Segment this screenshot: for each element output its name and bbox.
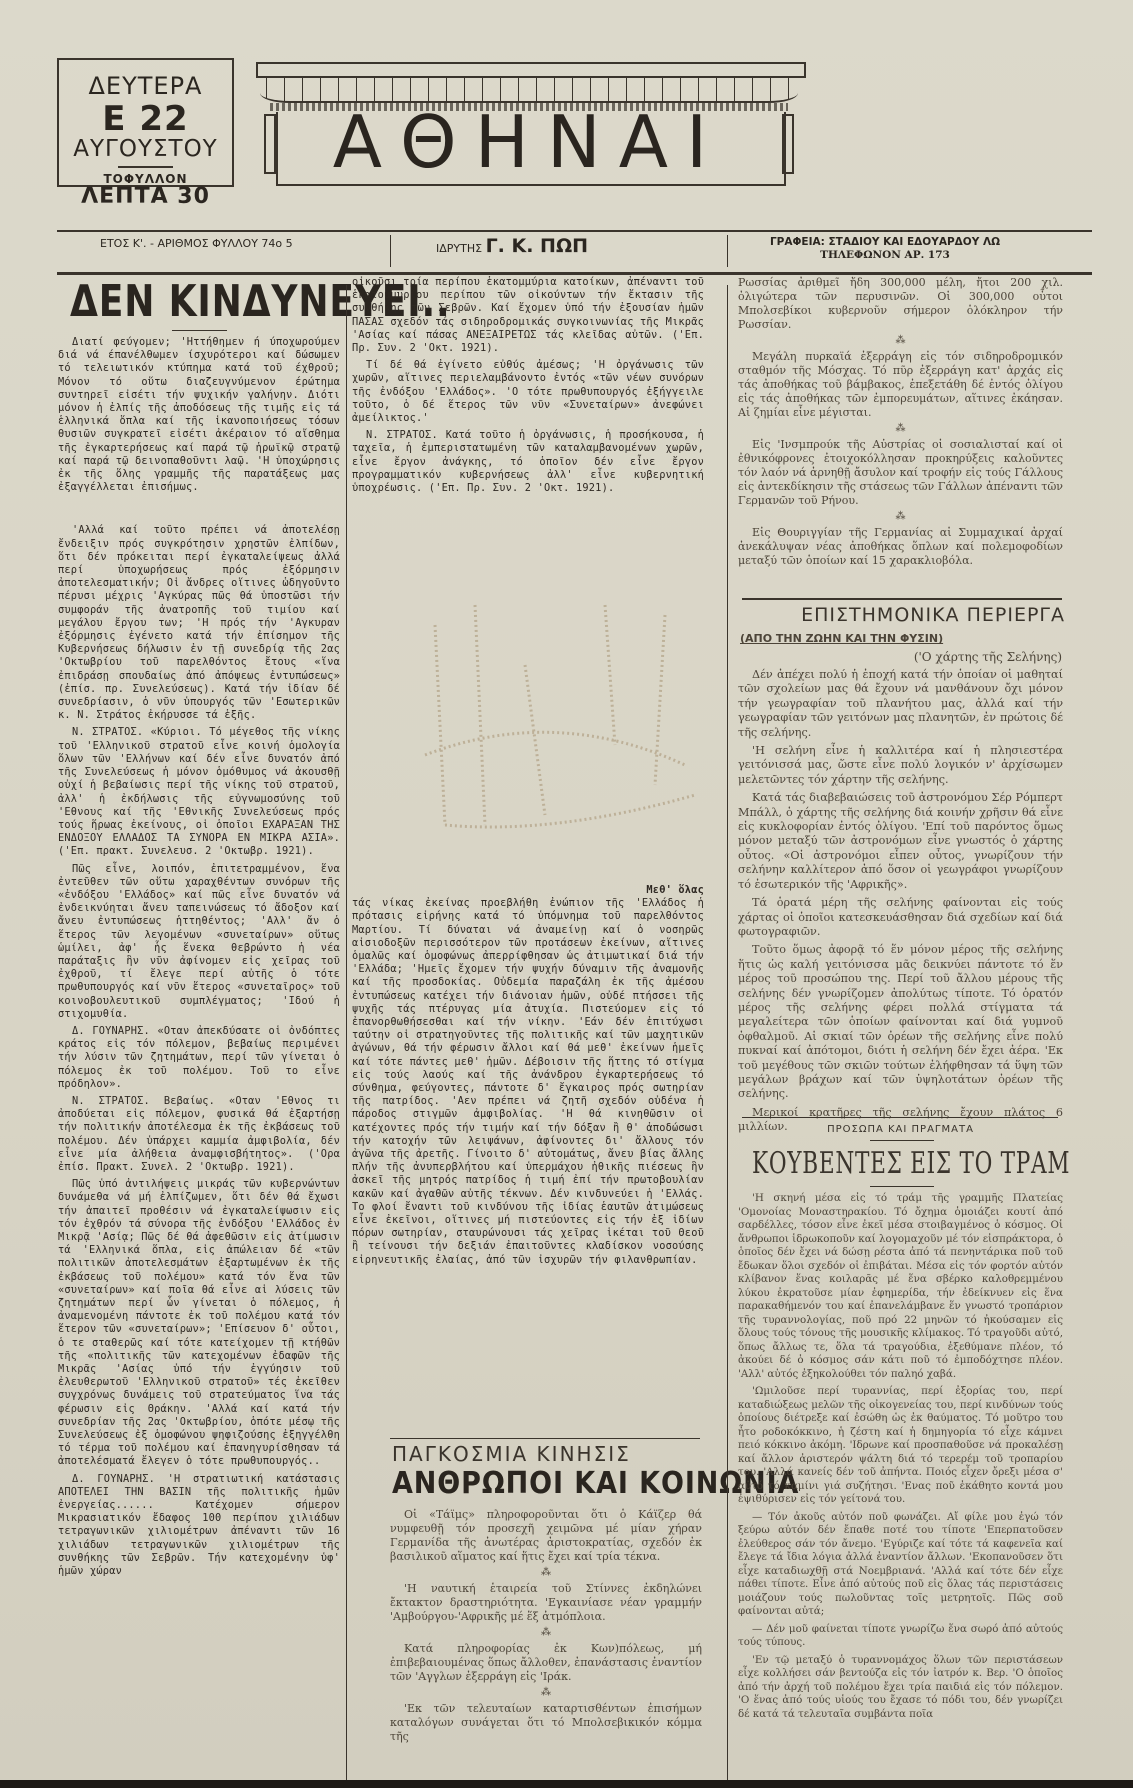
paragraph: Πῶς εἶνε, λοιπόν, ἐπιτετραμμένον, ἕνα ἐν…: [58, 863, 340, 1021]
paragraph: 'Εν τῷ μεταξύ ὁ τυραννομάχος ὅλων τῶν πε…: [738, 1654, 1063, 1722]
asterism-icon: ⁂: [390, 1628, 702, 1638]
science-subtitle: (ΑΠΟ ΤΗΝ ΖΩΗΝ ΚΑΙ ΤΗΝ ΦΥΣΙΝ): [740, 632, 943, 645]
weekday: ΔΕΥΤΕΡΑ: [59, 72, 232, 100]
asterism-icon: ⁂: [738, 424, 1063, 434]
news-item: Οἱ «Τάϊμς» πληροφοροῦνται ὅτι ὁ Κάϊζερ θ…: [390, 1508, 702, 1564]
asterism-icon: ⁂: [390, 1568, 702, 1578]
masthead-rule-bottom: [57, 272, 1092, 275]
column-rule: [346, 285, 347, 1785]
continuation-lead: Μεθ' ὅλας: [352, 884, 704, 897]
tram-article: 'Η σκηνή μέσα εἰς τό τράμ τῆς γραμμῆς Πλ…: [738, 1192, 1063, 1725]
news-item: Μεγάλη πυρκαϊά ἐξερράγη εἰς τόν σιδηροδρ…: [738, 350, 1063, 420]
section-divider: [390, 1438, 700, 1439]
paragraph: Διατί φεύγομεν; 'Ηττήθημεν ή ύποχωρούμεν…: [58, 336, 340, 494]
column-rule: [727, 285, 728, 1785]
paragraph: Ν. ΣΤΡΑΤΟΣ. «Κύριοι. Τό μέγεθος τῆς νίκη…: [58, 726, 340, 858]
asterism-icon: ⁂: [390, 1688, 702, 1698]
lead-article-column-2-continued: Μεθ' ὅλας τάς νίκας ἐκείνας προεβλήθη ἐν…: [352, 884, 704, 1271]
tram-kicker: ΠΡΟΣΩΠΑ ΚΑΙ ΠΡΑΓΜΑΤΑ: [738, 1124, 1063, 1135]
masthead-separator: [390, 235, 391, 267]
founder-name: Γ. Κ. ΠΩΠ: [486, 235, 588, 257]
paragraph: Δ. ΓΟΥΝΑΡΗΣ. «Οταν ἀπεκδύσατε οἱ ὀνδόπτε…: [58, 1025, 340, 1091]
title-rule: [870, 1186, 934, 1187]
temple-cornice-icon: [256, 62, 806, 78]
divider: [118, 166, 173, 168]
news-item: 'Η ναυτική ἑταιρεία τοῦ Στίννες ἐκδηλώνε…: [390, 1582, 702, 1624]
founder: ΙΔΡΥΤΗΣ Γ. Κ. ΠΩΠ: [436, 235, 588, 257]
month: ΑΥΓΟΥΣΤΟΥ: [59, 136, 232, 162]
section-divider: [742, 1117, 1058, 1118]
date-price-box: ΔΕΥΤΕΡΑ Ε 22 ΑΥΓΟΥΣΤΟΥ ΤΟΦΥΛΛΟΝ ΛΕΠΤΑ 30: [57, 58, 234, 187]
news-item: Ρωσσίας ἀριθμεῖ ἤδη 300,000 μέλη, ἤτοι 2…: [738, 276, 1063, 332]
world-news: Οἱ «Τάϊμς» πληροφοροῦνται ὅτι ὁ Κάϊζερ θ…: [390, 1508, 702, 1748]
paragraph: Πῶς ὑπό ἀντιλήψεις μικράς τῶν κυβερνώντω…: [58, 1178, 340, 1468]
headline-rule: [172, 330, 227, 331]
newspaper-page: ΔΕΥΤΕΡΑ Ε 22 ΑΥΓΟΥΣΤΟΥ ΤΟΦΥΛΛΟΝ ΛΕΠΤΑ 30…: [0, 0, 1133, 1788]
office-phone: ΤΗΛΕΦΩΝΟΝ ΑΡ. 173: [740, 249, 1030, 262]
paragraph: 'Ωμιλοῦσε περί τυραννίας, περί ἐξορίας τ…: [738, 1385, 1063, 1507]
date-number: Ε 22: [59, 102, 232, 136]
world-section-title: ΠΑΓΚΟΣΜΙΑ ΚΙΝΗΣΙΣ: [392, 1442, 631, 1466]
newspaper-title: ΑΘΗΝΑΙ: [256, 106, 802, 178]
lead-article-column-1: Διατί φεύγομεν; 'Ηττήθημεν ή ύποχωρούμεν…: [58, 336, 340, 1582]
masthead-temple: ΑΘΗΝΑΙ: [256, 62, 802, 182]
news-item: Εἰς Θουριγγίαν τῆς Γερμανίας αἱ Συμμαχικ…: [738, 526, 1063, 568]
section-divider: [742, 598, 1062, 600]
paragraph: Τοῦτο ὅμως ἀφορᾷ τό ἕν μόνον μέρος τῆς σ…: [738, 943, 1063, 1101]
asterism-icon: ⁂: [738, 336, 1063, 346]
paragraph: τάς νίκας ἐκείνας προεβλήθη ἐνώπιον τῆς …: [352, 897, 704, 1267]
kicker-rule: [870, 1140, 934, 1141]
paragraph: Τά ὁρατά μέρη τῆς σελήνης φαίνονται εἰς …: [738, 896, 1063, 939]
paragraph: Ν. ΣΤΡΑΤΟΣ. Κατά τοῦτο ἡ ὀργάνωσις, ἡ πρ…: [352, 429, 704, 495]
office-info: ΓΡΑΦΕΙΑ: ΣΤΑΔΙΟΥ ΚΑΙ ΕΔΟΥΑΡΔΟΥ ΛΩ ΤΗΛΕΦΩ…: [740, 236, 1030, 262]
paragraph: 'Αλλά καί τοῦτο πρέπει νά ἀποτελέσῃ ἔνδε…: [58, 524, 340, 722]
news-item: Εἰς 'Ινσμπρούκ τῆς Αὐστρίας οἱ σοσιαλιστ…: [738, 438, 1063, 508]
news-item: 'Εκ τῶν τελευταίων καταρτισθέντων ἐπισήμ…: [390, 1702, 702, 1744]
price: ΛΕΠΤΑ 30: [59, 186, 232, 208]
science-title: ΕΠΙΣΤΗΜΟΝΙΚΑ ΠΕΡΙΕΡΓΑ: [740, 604, 1065, 626]
science-article: Δέν ἀπέχει πολύ ἡ ἐποχή κατά τήν ὁποίαν …: [738, 668, 1063, 1139]
paragraph: 'Η σκηνή μέσα εἰς τό τράμ τῆς γραμμῆς Πλ…: [738, 1192, 1063, 1381]
paragraph: Κατά τάς διαβεβαιώσεις τοῦ ἀστρονόμου Σέ…: [738, 791, 1063, 892]
paragraph: 'Η σελήνη εἶνε ἡ καλλιτέρα καί ἡ πλησιεσ…: [738, 744, 1063, 787]
office-address: ΓΡΑΦΕΙΑ: ΣΤΑΔΙΟΥ ΚΑΙ ΕΔΟΥΑΡΔΟΥ ΛΩ: [740, 236, 1030, 249]
lead-article-column-2: οἰκοῦσι τρία περίπου ἑκατομμύρια κατοίκω…: [352, 276, 704, 499]
paragraph: Δ. ΓΟΥΝΑΡΗΣ. 'Η στρατιωτική κατάστασις Α…: [58, 1473, 340, 1579]
paragraph: Δέν ἀπέχει πολύ ἡ ἐποχή κατά τήν ὁποίαν …: [738, 668, 1063, 740]
founder-label: ΙΔΡΥΤΗΣ: [436, 242, 482, 255]
paragraph: Τί δέ θά ἐγίνετο εὐθύς ἀμέσως; 'Η ὀργάνω…: [352, 359, 704, 425]
news-item: Κατά πληροφορίας ἐκ Κων)πόλεως, μή ἐπιβε…: [390, 1642, 702, 1684]
paragraph: — Δέν μοῦ φαίνεται τίποτε γνωρίζω ἕνα σω…: [738, 1623, 1063, 1650]
tram-title: ΚΟΥΒΕΝΤΕΣ ΕΙΣ ΤΟ ΤΡΑΜ: [752, 1146, 1070, 1181]
masthead-rule-top: [57, 230, 1092, 232]
page-bottom-edge: [0, 1780, 1133, 1788]
paragraph: Ν. ΣΤΡΑΤΟΣ. Βεβαίως. «Οταν 'Εθνος τι ἀπο…: [58, 1095, 340, 1174]
paragraph: οἰκοῦσι τρία περίπου ἑκατομμύρια κατοίκω…: [352, 276, 704, 355]
science-topic: ('Ο χάρτης τῆς Σελήνης): [740, 650, 1062, 664]
faded-illustration-icon: [405, 585, 705, 845]
right-column-news: Ρωσσίας ἀριθμεῖ ἤδη 300,000 μέλη, ἤτοι 2…: [738, 276, 1063, 572]
masthead-separator: [727, 235, 728, 267]
paragraph: — Τόν ἀκοῦς αὐτόν ποῦ φωνάζει. Αἴ φίλε μ…: [738, 1511, 1063, 1619]
year-issue: ΕΤΟΣ Κ'. - ΑΡΙΘΜΟΣ ΦΥΛΛΟΥ 74ο 5: [100, 237, 293, 250]
asterism-icon: ⁂: [738, 512, 1063, 522]
